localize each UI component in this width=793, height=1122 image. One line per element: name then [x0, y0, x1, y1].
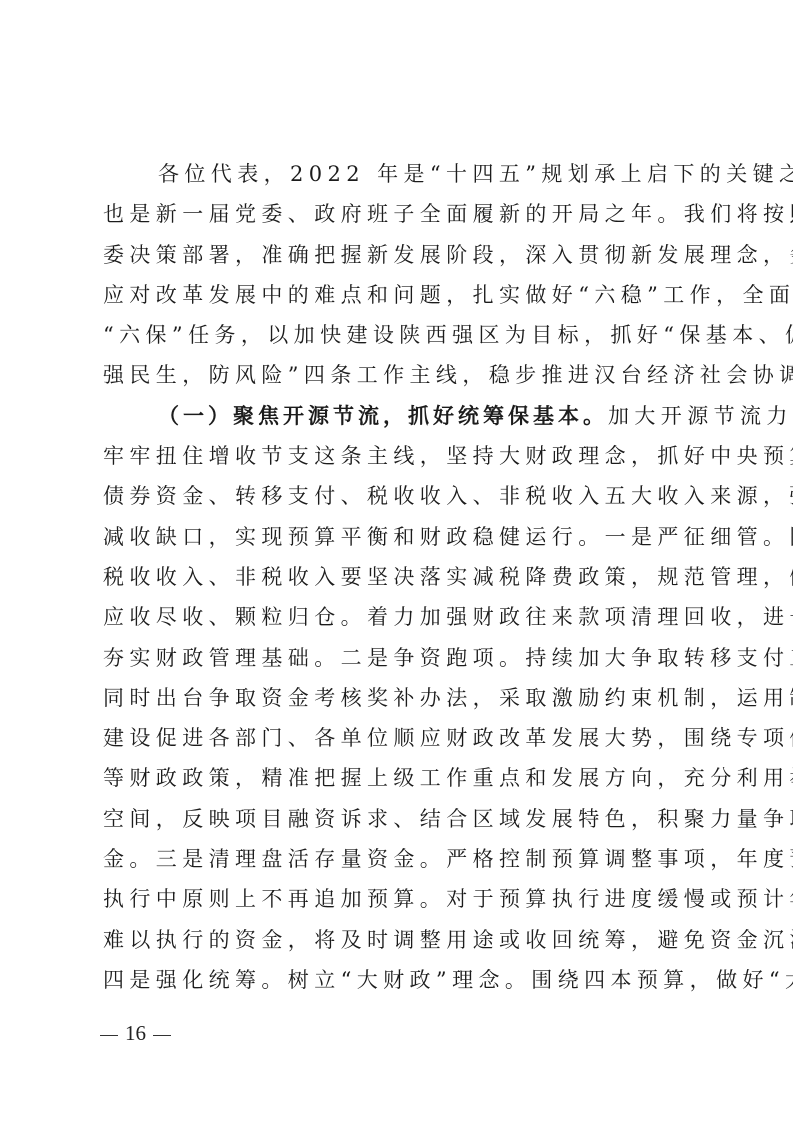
text-line: 夯实财政管理基础。二是争资跑项。持续加大争取转移支付工作， — [103, 638, 693, 678]
text-run: 加大开源节流力度， — [608, 404, 793, 428]
text-line: 税收收入、非税收入要坚决落实减税降费政策，规范管理，做到 — [103, 557, 693, 597]
text-line: 强民生，防风险”四条工作主线，稳步推进汉台经济社会协调发展。 — [103, 355, 693, 395]
text-line: 债券资金、转移支付、税收收入、非税收入五大收入来源，弥补 — [103, 476, 693, 516]
text-line: 减收缺口，实现预算平衡和财政稳健运行。一是严征细管。围绕 — [103, 517, 693, 557]
text-line: 等财政政策，精准把握上级工作重点和发展方向，充分利用举债 — [103, 758, 693, 798]
text-line: 建设促进各部门、各单位顺应财政改革发展大势，围绕专项债券 — [103, 718, 693, 758]
text-line: “六保”任务，以加快建设陕西强区为目标，抓好“保基本、促发展、 — [103, 315, 693, 355]
text-line: 执行中原则上不再追加预算。对于预算执行进度缓慢或预计年内 — [103, 879, 693, 919]
text-line: 金。三是清理盘活存量资金。严格控制预算调整事项，年度预算 — [103, 839, 693, 879]
dash-left — [100, 1035, 118, 1036]
page-number-value: 16 — [125, 1021, 146, 1045]
text-line: 四是强化统筹。树立“大财政”理念。围绕四本预算，做好“大财 — [103, 960, 693, 1000]
text-line: 空间，反映项目融资诉求、结合区域发展特色，积聚力量争取资 — [103, 799, 693, 839]
text-line: 同时出台争取资金考核奖补办法，采取激励约束机制，运用制度 — [103, 678, 693, 718]
section-heading: （一）聚焦开源节流，抓好统筹保基本。 — [158, 403, 608, 428]
section-heading-line: （一）聚焦开源节流，抓好统筹保基本。加大开源节流力度， — [103, 396, 693, 436]
page-number: 16 — [100, 1018, 178, 1048]
text-line: 各位代表，2022 年是“十四五”规划承上启下的关键之年， — [103, 154, 693, 194]
text-line: 委决策部署，准确把握新发展阶段，深入贯彻新发展理念，务实 — [103, 235, 693, 275]
text-line: 难以执行的资金，将及时调整用途或收回统筹，避免资金沉淀。 — [103, 920, 693, 960]
body-text: 各位代表，2022 年是“十四五”规划承上启下的关键之年， 也是新一届党委、政府… — [103, 154, 693, 1000]
document-page: 各位代表，2022 年是“十四五”规划承上启下的关键之年， 也是新一届党委、政府… — [0, 0, 793, 1122]
text-line: 应收尽收、颗粒归仓。着力加强财政往来款项清理回收，进一步 — [103, 597, 693, 637]
text-line: 应对改革发展中的难点和问题，扎实做好“六稳”工作，全面落实 — [103, 275, 693, 315]
dash-right — [153, 1035, 171, 1036]
text-line: 也是新一届党委、政府班子全面履新的开局之年。我们将按照区 — [103, 194, 693, 234]
text-line: 牢牢扭住增收节支这条主线，坚持大财政理念，抓好中央预算内、 — [103, 436, 693, 476]
